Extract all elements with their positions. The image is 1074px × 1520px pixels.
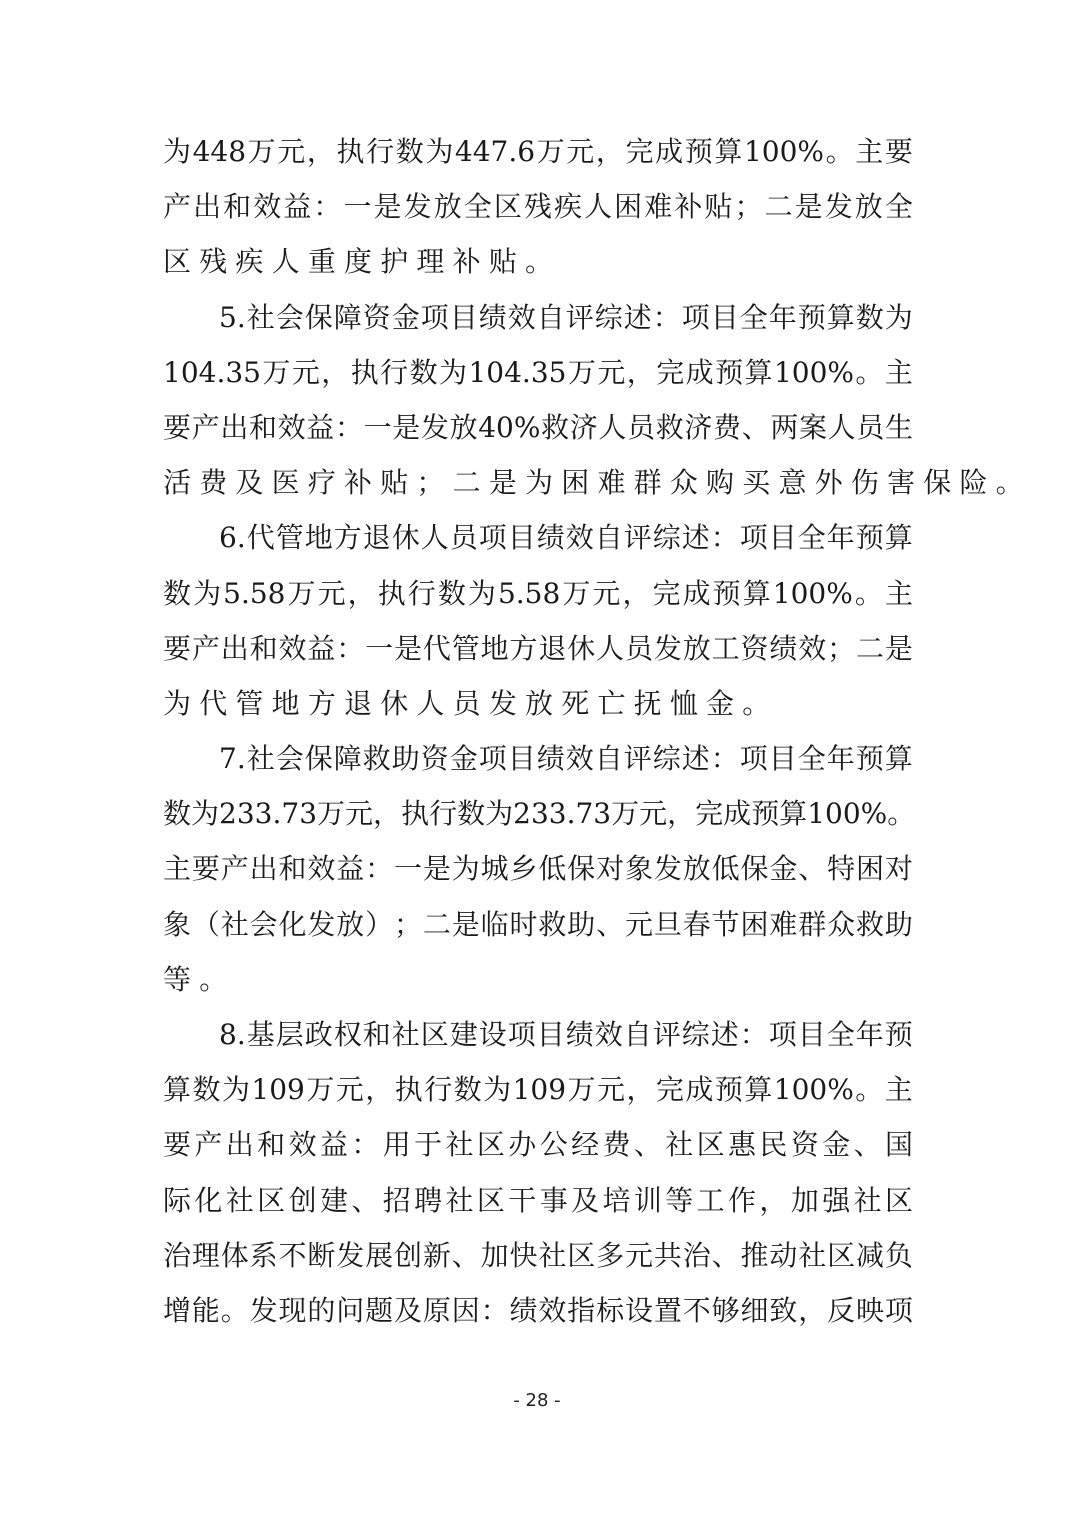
text-line: 产出和效益：一是发放全区残疾人困难补贴；二是发放全 <box>163 179 913 234</box>
text-line: 主要产出和效益：一是为城乡低保对象发放低保金、特困对 <box>163 841 913 896</box>
text-line: 要产出和效益：一是代管地方退休人员发放工资绩效；二是 <box>163 621 913 676</box>
text-line: 数为5.58万元，执行数为5.58万元，完成预算100%。主 <box>163 566 913 621</box>
paragraph-p8: 8.基层政权和社区建设项目绩效自评综述：项目全年预算数为109万元，执行数为10… <box>163 1007 913 1338</box>
paragraph-p4-tail: 为448万元，执行数为447.6万元，完成预算100%。主要产出和效益：一是发放… <box>163 124 913 290</box>
text-line: 区残疾人重度护理补贴。 <box>163 234 913 289</box>
text-line: 等。 <box>163 952 913 1007</box>
page-number: - 28 - <box>0 1390 1074 1411</box>
text-line: 象（社会化发放）；二是临时救助、元旦春节困难群众救助 <box>163 897 913 952</box>
text-line: 要产出和效益：用于社区办公经费、社区惠民资金、国 <box>163 1117 913 1172</box>
text-line: 104.35万元，执行数为104.35万元，完成预算100%。主 <box>163 345 913 400</box>
paragraph-p6: 6.代管地方退休人员项目绩效自评综述：项目全年预算数为5.58万元，执行数为5.… <box>163 510 913 731</box>
text-line: 际化社区创建、招聘社区干事及培训等工作，加强社区 <box>163 1173 913 1228</box>
text-line: 治理体系不断发展创新、加快社区多元共治、推动社区减负 <box>163 1228 913 1283</box>
text-line: 6.代管地方退休人员项目绩效自评综述：项目全年预算 <box>163 510 913 565</box>
document-page: 为448万元，执行数为447.6万元，完成预算100%。主要产出和效益：一是发放… <box>0 0 1074 1520</box>
text-line: 要产出和效益：一是发放40%救济人员救济费、两案人员生 <box>163 400 913 455</box>
text-line: 活费及医疗补贴；二是为困难群众购买意外伤害保险。 <box>163 455 913 510</box>
paragraph-p5: 5.社会保障资金项目绩效自评综述：项目全年预算数为104.35万元，执行数为10… <box>163 290 913 511</box>
text-line: 数为233.73万元，执行数为233.73万元，完成预算100%。 <box>163 786 913 841</box>
body-text: 为448万元，执行数为447.6万元，完成预算100%。主要产出和效益：一是发放… <box>163 124 913 1338</box>
text-line: 8.基层政权和社区建设项目绩效自评综述：项目全年预 <box>163 1007 913 1062</box>
text-line: 7.社会保障救助资金项目绩效自评综述：项目全年预算 <box>163 731 913 786</box>
text-line: 为代管地方退休人员发放死亡抚恤金。 <box>163 676 913 731</box>
text-line: 5.社会保障资金项目绩效自评综述：项目全年预算数为 <box>163 290 913 345</box>
text-line: 为448万元，执行数为447.6万元，完成预算100%。主要 <box>163 124 913 179</box>
paragraph-p7: 7.社会保障救助资金项目绩效自评综述：项目全年预算数为233.73万元，执行数为… <box>163 731 913 1007</box>
text-line: 增能。发现的问题及原因：绩效指标设置不够细致，反映项 <box>163 1283 913 1338</box>
text-line: 算数为109万元，执行数为109万元，完成预算100%。主 <box>163 1062 913 1117</box>
